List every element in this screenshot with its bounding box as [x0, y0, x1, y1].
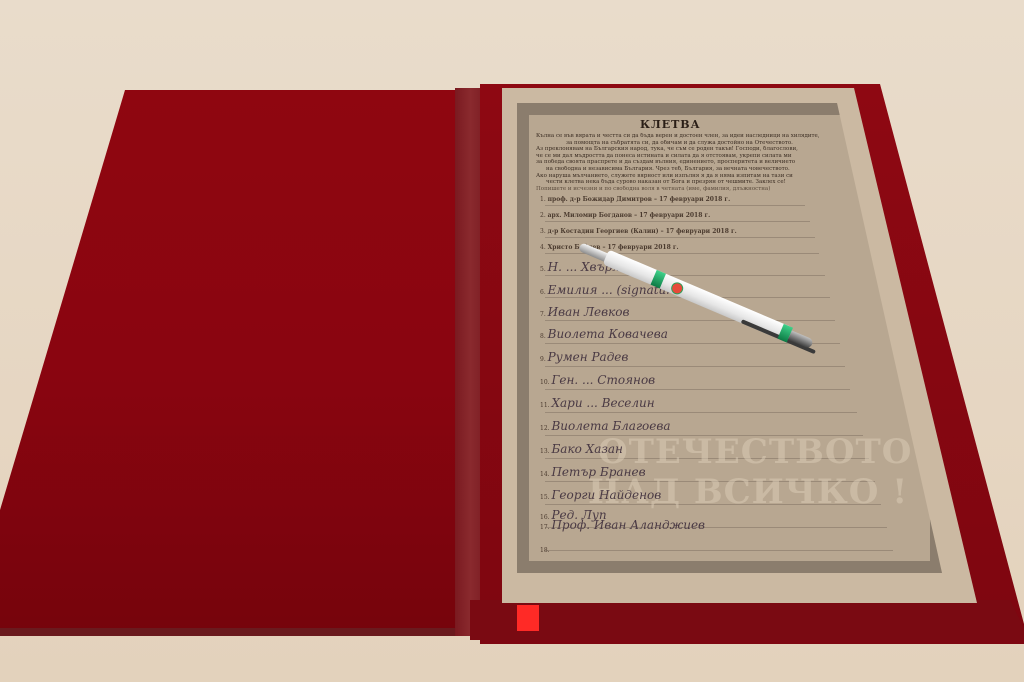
signature-row: 18.	[540, 541, 550, 555]
oath-line: на свободна и независима България. Чрез …	[536, 166, 836, 173]
instruction-line: Попишете и исчезни и по свободна воля в …	[536, 186, 836, 193]
oath-text: Кълна се във вярата и честта си да бъда …	[536, 133, 836, 192]
oath-line: Ако наруша мълчанието, служете вярност и…	[536, 173, 836, 180]
pen-logo-icon	[669, 280, 685, 296]
signature-row: 14. Петър Бранев	[540, 465, 646, 479]
signature-row: 10. Ген. ... Стоянов	[540, 373, 655, 387]
signature-row: 7. Иван Левков	[540, 305, 629, 319]
signature-row: 17. Проф. Иван Аланджиев	[540, 518, 705, 532]
folder-right-base	[470, 600, 1024, 640]
oath-line: Аз преклонявам на Българския народ, тука…	[536, 146, 836, 153]
entry-row: 3. д-р Костадин Георгиев (Калин) – 17 фе…	[540, 228, 737, 235]
pen-green-ring	[651, 270, 666, 289]
folder-left-edge	[0, 628, 470, 636]
oath-line: чести клетва нека бъда сурово наказан от…	[536, 179, 836, 186]
oath-line: за победа своята праспрете и да създам в…	[536, 159, 836, 166]
bookmark-ribbon	[517, 605, 539, 631]
entry-row: 2. арх. Миломир Богданов – 17 февруари 2…	[540, 212, 710, 219]
signature-row: 11. Хари ... Веселин	[540, 396, 655, 410]
entry-row: 1. проф. д-р Божидар Димитров – 17 февру…	[540, 196, 730, 203]
signature-row: 12. Виолета Благоева	[540, 419, 670, 433]
signature-row: 13. Бако Хазан	[540, 442, 623, 456]
document-title: КЛЕТВА	[640, 118, 701, 131]
oath-line: че се ми дал мъдростта да понеса истинат…	[536, 153, 836, 160]
oath-line: за помощта на събратята си, да обичам и …	[536, 140, 836, 147]
oath-line: Кълна се във вярата и честта си да бъда …	[536, 133, 836, 140]
folder-left-cover	[0, 90, 470, 635]
signature-row: 9. Румен Радев	[540, 350, 628, 364]
signature-row: 8. Виолета Ковачева	[540, 327, 668, 341]
signature-row: 15. Георги Найденов	[540, 488, 661, 502]
